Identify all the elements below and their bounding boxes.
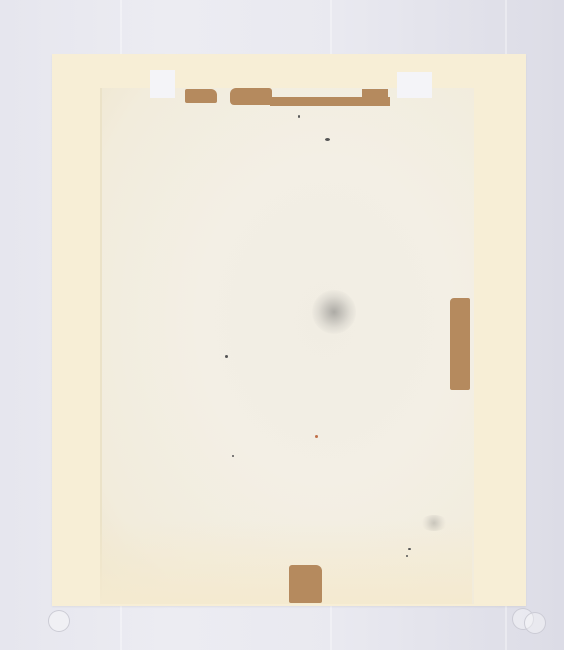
speck	[315, 435, 318, 438]
hinge-tab-left	[150, 70, 175, 98]
paper-lower-tone	[100, 520, 472, 604]
speck	[298, 115, 300, 118]
speck	[225, 355, 228, 358]
tape-remnant-top-mid	[230, 88, 272, 105]
bumper-pad-right-2	[524, 612, 546, 634]
speck	[325, 138, 330, 141]
tape-remnant-top-left	[185, 89, 217, 103]
tape-strip-right	[450, 298, 470, 390]
center-smudge	[312, 290, 356, 334]
speck	[232, 455, 234, 457]
smudge-lower-right	[420, 515, 448, 531]
bumper-pad-left	[48, 610, 70, 632]
tape-remnant-top-right	[362, 89, 388, 106]
hinge-tab-right	[397, 72, 432, 98]
tape-square-bottom	[289, 565, 322, 603]
speck	[406, 555, 408, 557]
speck	[408, 548, 411, 550]
